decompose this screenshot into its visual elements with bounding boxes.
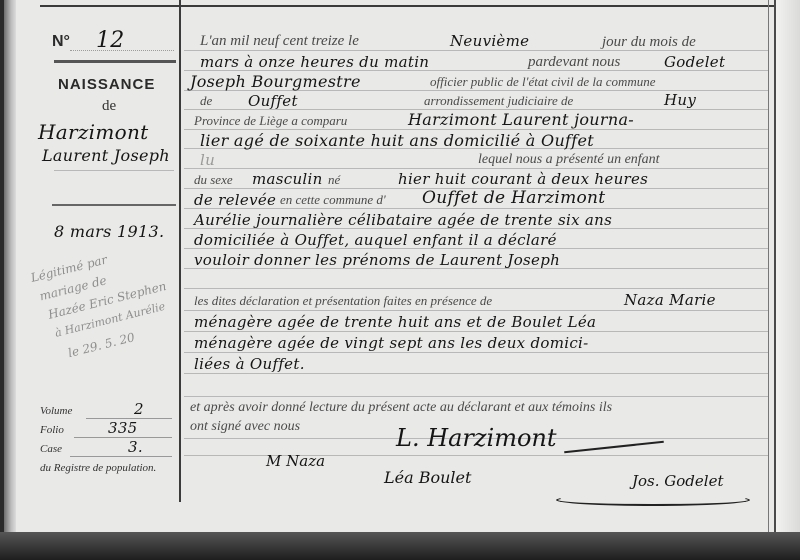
- body-handwritten-text: Harzimont Laurent journa-: [408, 110, 634, 129]
- body-handwritten-text: Naza Marie: [624, 291, 716, 309]
- page-shadow: [0, 532, 800, 560]
- ruled-line: [184, 129, 769, 130]
- body-handwritten-text: masculin: [252, 170, 323, 188]
- body-handwritten-text: lu: [200, 151, 215, 169]
- volume-label: Volume: [40, 405, 72, 417]
- signature-flourish: [564, 441, 664, 453]
- body-printed-text: pardevant nous: [528, 54, 620, 71]
- ruled-line: [184, 288, 769, 289]
- body-handwritten-text: liées à Ouffet.: [194, 355, 305, 373]
- case-value: 3.: [128, 438, 143, 456]
- body-printed-text: lequel nous a présenté un enfant: [478, 152, 660, 168]
- register-page: N° 12 NAISSANCE de Harzimont Laurent Jos…: [4, 0, 774, 532]
- number-rule: [54, 60, 176, 63]
- margin-given-names: Laurent Joseph: [42, 146, 170, 165]
- body-printed-text: du sexe: [194, 172, 233, 188]
- body-handwritten-text: mars à onze heures du matin: [200, 53, 429, 71]
- record-number-label: N°: [52, 33, 70, 51]
- body-printed-text: officier public de l'état civil de la co…: [430, 74, 656, 90]
- body-handwritten-text: hier huit courant à deux heures: [398, 170, 648, 188]
- ruled-line: [184, 310, 769, 311]
- case-line: [70, 456, 172, 457]
- ruled-line: [184, 373, 769, 374]
- heading-naissance: NAISSANCE: [58, 76, 155, 93]
- signature-declarant: L. Harzimont: [396, 424, 557, 452]
- ruled-line: [184, 331, 769, 332]
- body-handwritten-text: Ouffet: [248, 92, 298, 110]
- margin-rule-2: [52, 204, 176, 206]
- body-handwritten-text: domiciliée à Ouffet, auquel enfant il a …: [194, 231, 557, 249]
- volume-value: 2: [134, 400, 144, 418]
- signature-officer: Jos. Godelet: [632, 472, 723, 490]
- body-handwritten-text: Ouffet de Harzimont: [422, 188, 605, 208]
- margin-rule: [54, 170, 174, 171]
- body-handwritten-text: de relevée: [194, 191, 276, 209]
- top-rule: [40, 5, 774, 7]
- body-handwritten-text: Huy: [664, 91, 696, 109]
- case-label: Case: [40, 443, 62, 455]
- body-handwritten-text: Neuvième: [450, 32, 529, 50]
- body-handwritten-text: ménagère agée de vingt sept ans les deux…: [194, 334, 589, 352]
- body-handwritten-text: lier agé de soixante huit ans domicilié …: [200, 131, 594, 150]
- body-printed-text: en cette commune d': [280, 192, 386, 208]
- body-handwritten-text: ménagère agée de trente huit ans et de B…: [194, 313, 596, 331]
- number-dotted-line: [70, 50, 174, 51]
- body-printed-text: de: [200, 93, 212, 109]
- body-printed-text: ont signé avec nous: [190, 419, 300, 435]
- body-printed-text: et après avoir donné lecture du présent …: [190, 400, 612, 416]
- folio-value: 335: [108, 419, 138, 437]
- body-printed-text: jour du mois de: [602, 34, 696, 51]
- adjacent-page-edge: [774, 0, 800, 540]
- body-handwritten-text: vouloir donner les prénoms de Laurent Jo…: [194, 251, 560, 269]
- body-printed-text: les dites déclaration et présentation fa…: [194, 293, 492, 309]
- body-printed-text: Province de Liège a comparu: [194, 113, 347, 129]
- book-binding: [4, 0, 16, 532]
- ruled-line: [184, 352, 769, 353]
- folio-line: [74, 437, 172, 438]
- ruled-line: [184, 396, 769, 397]
- register-footer: du Registre de population.: [40, 462, 156, 474]
- body-handwritten-text: Aurélie journalière célibataire agée de …: [194, 211, 612, 229]
- signature-witness-2: Léa Boulet: [384, 468, 471, 487]
- right-margin-rule: [768, 0, 769, 532]
- body-handwritten-text: Joseph Bourgmestre: [190, 72, 361, 91]
- signature-officer-flourish: [556, 494, 750, 506]
- margin-surname: Harzimont: [38, 120, 148, 144]
- body-handwritten-text: Godelet: [664, 53, 725, 71]
- body-printed-text: L'an mil neuf cent treize le: [200, 33, 359, 50]
- heading-de: de: [102, 98, 116, 115]
- ruled-line: [184, 168, 769, 169]
- folio-label: Folio: [40, 424, 64, 436]
- body-printed-text: arrondissement judiciaire de: [424, 93, 573, 109]
- body-printed-text: né: [328, 172, 340, 188]
- signature-witness-1: M Naza: [266, 452, 325, 470]
